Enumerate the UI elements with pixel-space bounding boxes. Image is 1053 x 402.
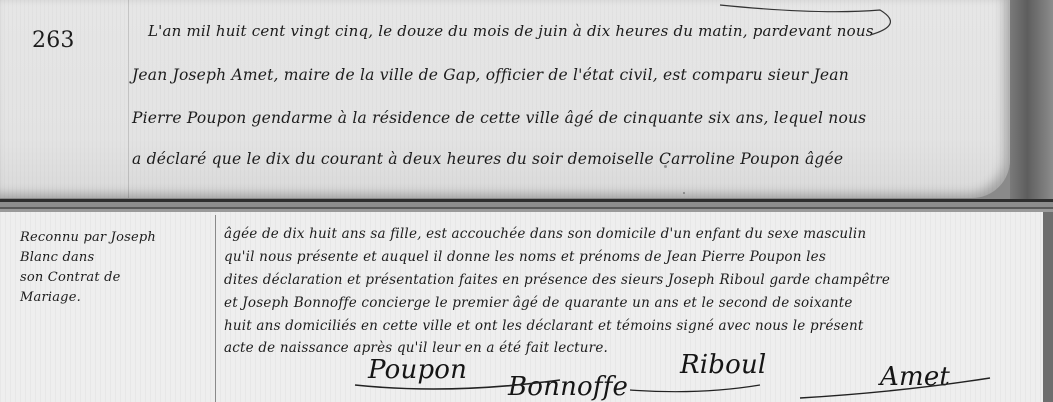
signature-flourishes <box>0 0 1053 402</box>
ink-speck <box>683 192 685 194</box>
ink-speck <box>664 165 667 168</box>
